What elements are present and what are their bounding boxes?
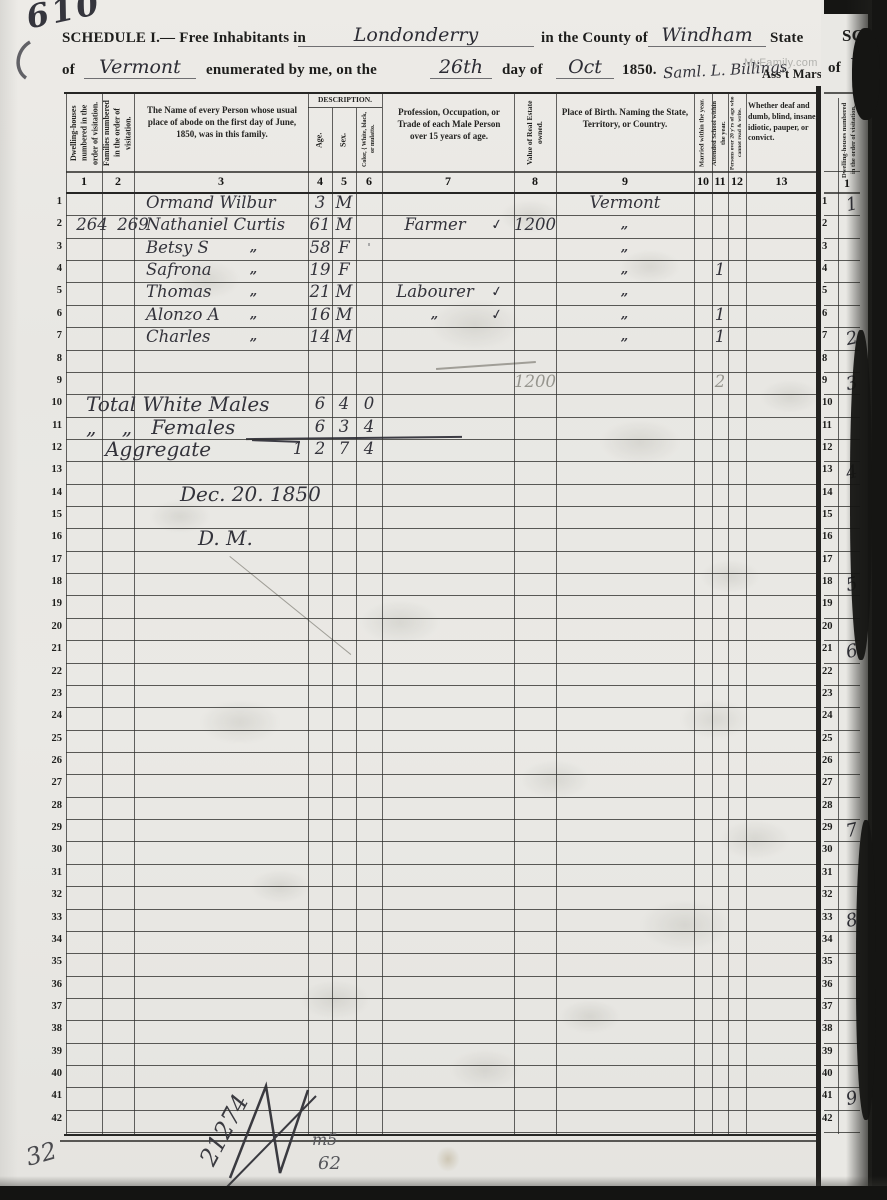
cell-r6-profck: ✓ xyxy=(484,301,510,328)
line-number-next-page: 34 xyxy=(822,934,840,945)
gutter-blob xyxy=(850,330,872,660)
row-line xyxy=(66,1110,817,1111)
line-number-next-page: 30 xyxy=(822,844,840,855)
cell-r1-age: 3 xyxy=(308,191,332,215)
row-line xyxy=(66,797,817,798)
bleed-smudge xyxy=(520,760,590,799)
column-number: 4 xyxy=(308,174,332,189)
line-number-left: 21 xyxy=(44,643,62,654)
cell-r1-sex: M xyxy=(332,191,356,215)
cell-r6-sex: M xyxy=(332,303,356,327)
row-line xyxy=(66,595,817,596)
line-number-left: 40 xyxy=(44,1068,62,1079)
column-number: 11 xyxy=(712,174,728,189)
line-number-left: 12 xyxy=(44,442,62,453)
line-number-next-page: 38 xyxy=(822,1023,840,1034)
line-number-left: 22 xyxy=(44,666,62,677)
column-number: 7 xyxy=(382,174,514,189)
cell-r5-prof: Labourer xyxy=(384,280,486,304)
cell-r7-m11: 1 xyxy=(712,325,728,349)
cell-r2-sex: M xyxy=(332,213,356,237)
state-name: Vermont xyxy=(84,56,196,79)
cell-r16-name: D. M. xyxy=(146,526,358,550)
column-line xyxy=(66,93,67,1134)
line-number-left: 27 xyxy=(44,777,62,788)
table-bottom-border xyxy=(64,1134,820,1136)
column-number: 9 xyxy=(556,174,694,189)
line-number-next-page: 15 xyxy=(822,509,840,520)
cell-r10-sex: 4 xyxy=(332,392,356,416)
cell-r3-age: 58 xyxy=(308,236,332,260)
bottom-edge xyxy=(0,1186,887,1200)
table-top-border xyxy=(64,92,820,94)
row-line xyxy=(66,1132,817,1133)
ink-blot xyxy=(12,40,42,82)
row-line xyxy=(66,931,817,932)
line-number-left: 34 xyxy=(44,934,62,945)
pencil-flourish xyxy=(436,361,536,369)
line-number-left: 4 xyxy=(44,263,62,274)
cell-r3-birth: „ xyxy=(556,236,694,260)
row-line xyxy=(66,976,817,977)
month-name: Oct xyxy=(556,56,614,79)
watermark: MyFamily.com xyxy=(744,57,818,69)
header-description: DESCRIPTION. xyxy=(308,95,382,108)
line-number-next-page: 22 xyxy=(822,666,840,677)
line-number-next-page: 42 xyxy=(822,1113,840,1124)
line-number-left: 24 xyxy=(44,710,62,721)
cell-r12-color: 4 xyxy=(356,437,382,461)
cell-r6-name: Alonzo A xyxy=(146,303,306,327)
header-real-estate: Value of Real Estate owned. xyxy=(516,97,554,169)
bottom-left-note: 32 xyxy=(23,1138,59,1169)
cell-r12-namewide: Aggregate xyxy=(86,437,301,461)
bleed-smudge xyxy=(700,560,760,593)
header-cannot-read: Persons over 20 y'rs of age who cannot r… xyxy=(729,96,745,170)
gutter-blob xyxy=(856,820,876,1120)
state-label: State xyxy=(770,30,804,47)
cell-r6-name2: „ xyxy=(240,303,268,327)
line-number-next-page: 40 xyxy=(822,1068,840,1079)
line-number-left: 31 xyxy=(44,867,62,878)
column-number: 6 xyxy=(356,174,382,189)
cell-r10-color: 0 xyxy=(356,392,382,416)
line-number-left: 36 xyxy=(44,979,62,990)
column-number: 10 xyxy=(694,174,712,189)
line-number-next-page: 35 xyxy=(822,956,840,967)
cell-r7-birth: „ xyxy=(556,325,694,349)
line-number-next-page: 12 xyxy=(822,442,840,453)
column-line xyxy=(102,93,103,1134)
row-line xyxy=(66,886,817,887)
row-line xyxy=(66,618,817,619)
cell-r4-m11: 1 xyxy=(712,258,728,282)
year-label: 1850. xyxy=(622,62,657,79)
header-birthplace: Place of Birth. Naming the State, Territ… xyxy=(558,106,692,162)
line-number-next-page: 24 xyxy=(822,710,840,721)
line-number-next-page: 28 xyxy=(822,800,840,811)
line-number-left: 29 xyxy=(44,822,62,833)
line-number-next-page: 4 xyxy=(822,263,840,274)
line-number-left: 5 xyxy=(44,285,62,296)
enumerated-label: enumerated by me, on the xyxy=(206,62,377,79)
line-number-left: 25 xyxy=(44,733,62,744)
row-line xyxy=(66,1087,817,1088)
column-number: 1 xyxy=(66,174,102,189)
cell-r4-sex: F xyxy=(332,258,356,282)
column-number: 3 xyxy=(134,174,308,189)
column-line xyxy=(712,93,713,1134)
next-page-of-label: of xyxy=(828,60,841,77)
line-number-next-page: 31 xyxy=(822,867,840,878)
line-number-left: 23 xyxy=(44,688,62,699)
cell-r14-name: Dec. 20. 1850 xyxy=(146,482,340,506)
cell-r3-name: Betsy S xyxy=(146,236,306,260)
row-line xyxy=(66,909,817,910)
cell-r12-age: 2 xyxy=(308,437,332,461)
bottom-shadow xyxy=(0,1176,887,1186)
line-number-next-page: 10 xyxy=(822,397,840,408)
cell-r3-sex: F xyxy=(332,236,356,260)
row-line xyxy=(66,350,817,351)
cell-r1-name: Ormand Wilbur xyxy=(146,191,306,215)
gutter-blob xyxy=(852,28,880,120)
line-number-next-page: 20 xyxy=(822,621,840,632)
cell-r11-color: 4 xyxy=(356,415,382,439)
line-number-left: 2 xyxy=(44,218,62,229)
row-line xyxy=(66,685,817,686)
line-number-next-page: 26 xyxy=(822,755,840,766)
cell-r2-profck: ✓ xyxy=(484,212,510,239)
column-line xyxy=(382,93,383,1134)
cell-r6-birth: „ xyxy=(556,303,694,327)
cell-r10-namewide: Total White Males xyxy=(86,392,301,416)
cell-r7-name2: „ xyxy=(240,325,268,349)
cell-r12-sex: 7 xyxy=(332,437,356,461)
cell-r6-m11: 1 xyxy=(712,303,728,327)
line-number-left: 28 xyxy=(44,800,62,811)
cell-r2-dwelling: 264 xyxy=(70,213,114,237)
line-number-left: 15 xyxy=(44,509,62,520)
line-number-next-page: 6 xyxy=(822,308,840,319)
line-number-left: 19 xyxy=(44,598,62,609)
line-number-left: 38 xyxy=(44,1023,62,1034)
cell-r5-sex: M xyxy=(332,280,356,304)
cell-r2-birth: „ xyxy=(556,213,694,237)
line-number-left: 10 xyxy=(44,397,62,408)
bleed-smudge xyxy=(300,980,370,1019)
line-number-left: 26 xyxy=(44,755,62,766)
column-line xyxy=(746,93,747,1134)
table-bottom-border-2 xyxy=(60,1140,822,1142)
line-number-left: 17 xyxy=(44,554,62,565)
cell-r7-name: Charles xyxy=(146,325,306,349)
header-color: Color, { White, black, or mulatto. xyxy=(357,110,381,168)
column-line xyxy=(134,93,135,1134)
line-number-next-page: 23 xyxy=(822,688,840,699)
line-number-left: 11 xyxy=(44,420,62,431)
header-profession: Profession, Occupation, or Trade of each… xyxy=(388,106,510,162)
column-line xyxy=(356,108,357,1134)
note-bottom: 62 xyxy=(318,1152,341,1176)
header-bottom-line xyxy=(66,171,818,173)
line-number-left: 42 xyxy=(44,1113,62,1124)
line-number-next-page: 36 xyxy=(822,979,840,990)
line-number-left: 39 xyxy=(44,1046,62,1057)
cell-r11-age: 6 xyxy=(308,415,332,439)
line-number-next-page: 37 xyxy=(822,1001,840,1012)
bleed-smudge xyxy=(600,420,680,464)
cell-r5-name2: „ xyxy=(240,280,268,304)
cell-r4-age: 19 xyxy=(308,258,332,282)
of-label: of xyxy=(62,62,75,79)
bleed-smudge xyxy=(720,820,790,859)
bleed-smudge xyxy=(760,380,820,413)
line-number-next-page: 16 xyxy=(822,531,840,542)
cell-r9-m11: 2 xyxy=(712,370,728,394)
line-number-left: 18 xyxy=(44,576,62,587)
header-sex: Sex. xyxy=(333,112,355,168)
cell-r10-age: 6 xyxy=(308,392,332,416)
bleed-smudge xyxy=(560,1000,620,1033)
folio-number: 610 xyxy=(24,0,103,30)
cell-r12-namer: 1 xyxy=(290,437,306,461)
header-age: Age. xyxy=(309,112,331,168)
line-number-left: 37 xyxy=(44,1001,62,1012)
line-number-next-page: 25 xyxy=(822,733,840,744)
row-line xyxy=(66,774,817,775)
row-line xyxy=(66,372,817,373)
row-line xyxy=(66,752,817,753)
line-number-next-page: 19 xyxy=(822,598,840,609)
cell-r5-name: Thomas xyxy=(146,280,306,304)
line-number-left: 3 xyxy=(44,241,62,252)
day-of-label: day of xyxy=(502,62,543,79)
cell-r9-value: 1200 xyxy=(514,370,556,394)
header-name: The Name of every Person whose usual pla… xyxy=(140,104,304,164)
line-number-left: 9 xyxy=(44,375,62,386)
line-number-next-page: 2 xyxy=(822,218,840,229)
page-edge-line xyxy=(816,86,821,1186)
row-line xyxy=(66,1020,817,1021)
line-number-left: 13 xyxy=(44,464,62,475)
row-line xyxy=(66,819,817,820)
census-page: 610 SCHEDULE I.— Free Inhabitants in Lon… xyxy=(0,0,887,1200)
cell-r4-name: Safrona xyxy=(146,258,306,282)
row-line xyxy=(66,506,817,507)
line-number-next-page: 3 xyxy=(822,241,840,252)
bleed-smudge xyxy=(640,900,730,950)
line-number-next-page: 11 xyxy=(822,420,840,431)
row-line xyxy=(66,461,817,462)
line-number-left: 1 xyxy=(44,196,62,207)
cell-r6-age: 16 xyxy=(308,303,332,327)
row-line xyxy=(66,953,817,954)
header-condition: Whether deaf and dumb, blind, insane, id… xyxy=(748,101,818,165)
cell-r11-sex: 3 xyxy=(332,415,356,439)
line-number-left: 20 xyxy=(44,621,62,632)
row-line xyxy=(66,551,817,552)
row-line xyxy=(66,1065,817,1066)
cell-r5-birth: „ xyxy=(556,280,694,304)
column-number: 5 xyxy=(332,174,356,189)
line-number-left: 16 xyxy=(44,531,62,542)
cell-r5-age: 21 xyxy=(308,280,332,304)
bleed-smudge xyxy=(450,1050,520,1089)
header-school: Attended School within the year. xyxy=(713,96,727,170)
cell-r3-color: ' xyxy=(356,236,382,260)
bleed-smudge xyxy=(680,700,750,739)
header-families: Families numbered in the order of visita… xyxy=(103,97,133,169)
line-number-left: 41 xyxy=(44,1090,62,1101)
cell-r3-name2: „ xyxy=(240,236,268,260)
cell-r4-birth: „ xyxy=(556,258,694,282)
row-line xyxy=(66,573,817,574)
cell-r6-prof: „ xyxy=(384,303,486,327)
line-number-next-page: 17 xyxy=(822,554,840,565)
line-number-next-page: 5 xyxy=(822,285,840,296)
cell-r2-name: Nathaniel Curtis xyxy=(146,213,306,237)
line-number-next-page: 32 xyxy=(822,889,840,900)
column-number: 2 xyxy=(102,174,134,189)
line-number-next-page: 27 xyxy=(822,777,840,788)
cell-r11-namewide: „ „ Females xyxy=(86,415,301,439)
header-dwelling: Dwelling-houses numbered in the order of… xyxy=(69,97,101,169)
stain xyxy=(436,1146,460,1172)
row-line xyxy=(66,864,817,865)
line-number-left: 35 xyxy=(44,956,62,967)
line-number-next-page: 14 xyxy=(822,487,840,498)
town-name: Londonderry xyxy=(298,24,534,47)
line-number-left: 6 xyxy=(44,308,62,319)
cell-r2-family: 269 xyxy=(116,213,150,237)
line-number-left: 32 xyxy=(44,889,62,900)
schedule-title: SCHEDULE I.— Free Inhabitants in xyxy=(62,30,306,47)
column-number: 12 xyxy=(728,174,746,189)
row-line xyxy=(66,663,817,664)
column-line xyxy=(694,93,695,1134)
cell-r2-prof: Farmer xyxy=(384,213,486,237)
line-number-left: 33 xyxy=(44,912,62,923)
cell-r4-name2: „ xyxy=(240,258,268,282)
cell-r1-birth: Vermont xyxy=(556,191,694,215)
line-number-next-page: 8 xyxy=(822,353,840,364)
row-line xyxy=(66,640,817,641)
header-married: Married within the year. xyxy=(695,96,711,170)
row-line xyxy=(66,998,817,999)
cell-r7-sex: M xyxy=(332,325,356,349)
column-number: 13 xyxy=(746,174,817,189)
row-line xyxy=(66,730,817,731)
line-number-left: 30 xyxy=(44,844,62,855)
row-line xyxy=(66,841,817,842)
column-line xyxy=(728,93,729,1134)
county-label: in the County of xyxy=(541,30,648,47)
row-line xyxy=(66,707,817,708)
cell-r7-age: 14 xyxy=(308,325,332,349)
line-number-left: 14 xyxy=(44,487,62,498)
row-line xyxy=(66,1043,817,1044)
county-name: Windham xyxy=(648,24,766,47)
cell-r2-age: 61 xyxy=(308,213,332,237)
bleed-smudge xyxy=(360,600,440,644)
day-number: 26th xyxy=(430,56,492,79)
line-number-next-page: 39 xyxy=(822,1046,840,1057)
column-line xyxy=(514,93,515,1134)
line-number-left: 7 xyxy=(44,330,62,341)
cell-r2-value: 1200 xyxy=(514,213,556,237)
line-number-left: 8 xyxy=(44,353,62,364)
column-number: 8 xyxy=(514,174,556,189)
